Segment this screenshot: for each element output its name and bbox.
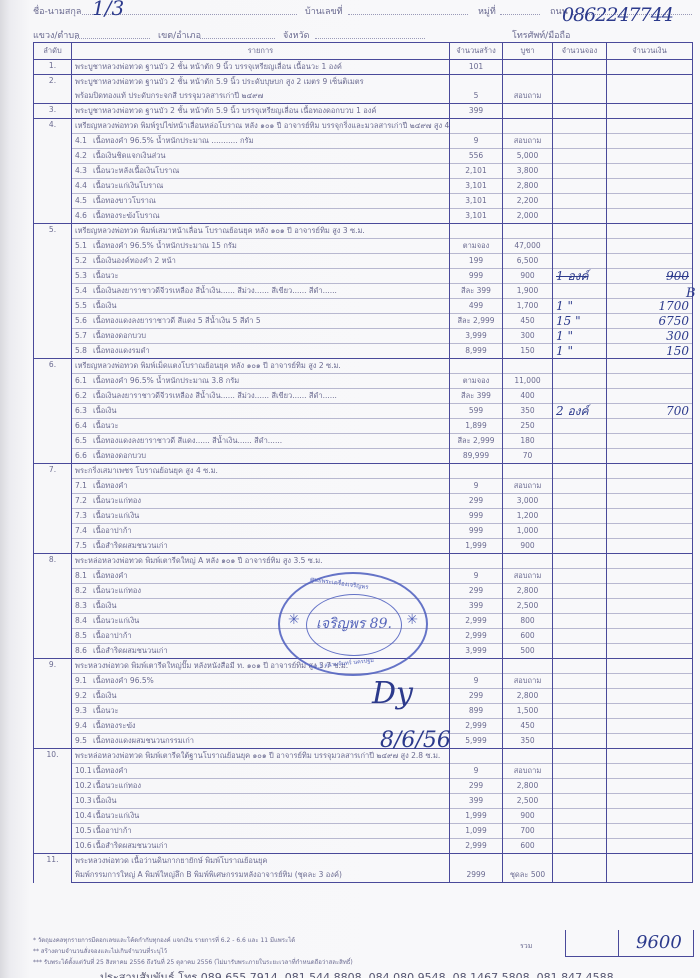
created-count: 9 (450, 674, 503, 689)
item-label: เนื้อนวะแก่ทอง (93, 586, 141, 595)
item-sub-number: 5.3 (75, 270, 93, 282)
amount (607, 434, 693, 449)
reserve-count (553, 749, 607, 764)
amount (607, 794, 693, 809)
created-count (450, 464, 503, 479)
created-count: 9 (450, 134, 503, 149)
table-row: 10.1เนื้อทองคำ9สอบถาม (34, 764, 693, 779)
price: 2,000 (503, 209, 553, 224)
price (503, 659, 553, 674)
item-title: พระบูชาหลวงพ่อทวด ฐานบัว 2 ชั้น หน้าตัก … (72, 75, 450, 90)
amount: 700 (607, 404, 693, 419)
price: 1,500 (503, 704, 553, 719)
table-row: 9.1เนื้อทองคำ 96.5%9สอบถาม (34, 674, 693, 689)
reserve-count (553, 824, 607, 839)
amount (607, 509, 693, 524)
item-title: พระหลวงพ่อทวด เนื้อว่านดินกากยายักษ์ พิม… (72, 854, 450, 869)
price: สอบถาม (503, 89, 553, 104)
reserve-count (553, 104, 607, 119)
item-sub-number: 5.8 (75, 345, 93, 357)
created-count: 899 (450, 704, 503, 719)
item-description: 10.5เนื้ออาปาก้า (72, 824, 450, 839)
item-sub-number: 9.4 (75, 720, 93, 732)
price: 5,000 (503, 149, 553, 164)
created-count: 5,999 (450, 734, 503, 749)
created-count: 399 (450, 599, 503, 614)
amount: 900 (607, 269, 693, 284)
created-count (450, 554, 503, 569)
item-description: 4.3เนื้อนวะหลังเนื้อเงินโบราณ (72, 164, 450, 179)
extra-mark: B (686, 286, 696, 301)
total-label: รวม (520, 941, 532, 952)
item-sub-number: 5.1 (75, 240, 93, 252)
item-label: เนื้อทองคำ 96.5% น้ำหนักประมาณ 15 กรัม (93, 241, 237, 250)
item-description: 6.3เนื้อเงิน (72, 404, 450, 419)
price: 900 (503, 809, 553, 824)
signature: Dy (372, 676, 413, 711)
price: 2,800 (503, 584, 553, 599)
amount (607, 359, 693, 374)
reserve-count (553, 389, 607, 404)
price: 3,000 (503, 494, 553, 509)
price: สอบถาม (503, 764, 553, 779)
reserve-count (553, 284, 607, 299)
item-label: เนื้อทองระฆังโบราณ (93, 211, 160, 220)
created-count (450, 75, 503, 90)
amount (607, 659, 693, 674)
province-label: จังหวัด (283, 28, 310, 42)
reserve-count (553, 149, 607, 164)
stamp-star-icon: ✳ (406, 612, 418, 628)
created-count: 9 (450, 764, 503, 779)
price: 900 (503, 269, 553, 284)
created-count: 999 (450, 509, 503, 524)
table-row: 5.6เนื้อทองแดงลงยาราชาวดี สีแดง 5 สีน้ำเ… (34, 314, 693, 329)
table-row: 10.พระหล่อหลวงพ่อทวด พิมพ์เตารีดใต้ฐานโบ… (34, 749, 693, 764)
amount (607, 569, 693, 584)
created-count: 399 (450, 794, 503, 809)
price: 3,800 (503, 164, 553, 179)
reserve-count (553, 614, 607, 629)
reserve-count: 1 " (553, 344, 607, 359)
reserve-count (553, 434, 607, 449)
item-label: เนื้อทองดอกบวบ (93, 331, 146, 340)
table-row: 10.5เนื้ออาปาก้า1,099700 (34, 824, 693, 839)
item-sub-number: 9.1 (75, 675, 93, 687)
item-title-cont: พิมพ์กรรมการใหญ่ A พิมพ์ใหญ่ลึก B พิมพ์พ… (72, 868, 450, 883)
amount (607, 119, 693, 134)
item-description: 7.3เนื้อนวะแก่เงิน (72, 509, 450, 524)
price (503, 104, 553, 119)
reserve-count (553, 854, 607, 869)
amount (607, 704, 693, 719)
created-count: สีละ 2,999 (450, 434, 503, 449)
price: 900 (503, 539, 553, 554)
table-row: 10.3เนื้อเงิน3992,500 (34, 794, 693, 809)
item-label: เนื้อนวะ (93, 271, 119, 280)
amount (607, 839, 693, 854)
shop-stamp: ศูนย์พระเครื่องเจริญพร ✳ เจริญพร 89. ✳ ถ… (278, 572, 428, 676)
reserve-count (553, 224, 607, 239)
moo-label: หมู่ที่ (478, 4, 496, 18)
item-sub-number: 10.4 (75, 810, 93, 822)
item-label: เนื้อทองแดงลงยาราชาวดี สีแดง...... สีน้ำ… (93, 436, 282, 445)
reserve-count (553, 794, 607, 809)
reserve-count (553, 419, 607, 434)
item-label: เนื้อทองคำ 96.5% (93, 676, 154, 685)
item-sub-number: 8.6 (75, 645, 93, 657)
item-title-cont: พร้อมปิดทองแท้ ประดับกระจกสี บรรจุมวลสาร… (72, 89, 450, 104)
created-count: 5 (450, 89, 503, 104)
reserve-count (553, 464, 607, 479)
col-amount: จำนวนเงิน (607, 43, 693, 60)
created-count: 2,999 (450, 614, 503, 629)
reserve-count (553, 689, 607, 704)
reserve-count (553, 254, 607, 269)
table-row: 6.6เนื้อทองดอกบวบ89,99970 (34, 449, 693, 464)
amount (607, 494, 693, 509)
row-number: 1. (34, 60, 72, 75)
table-row: 5.3เนื้อนวะ9999001 องค์900 (34, 269, 693, 284)
amount (607, 824, 693, 839)
item-label: เนื้อเงิน (93, 406, 117, 415)
amount (607, 524, 693, 539)
created-count: 299 (450, 689, 503, 704)
item-label: เนื้ออาปาก้า (93, 526, 132, 535)
price: 300 (503, 329, 553, 344)
item-label: เนื้อทองระฆัง (93, 721, 136, 730)
item-label: เนื้อทองแดงผสมชนวนกรรมเก่า (93, 736, 194, 745)
amount (607, 389, 693, 404)
item-label: เนื้อเงินลงยาราชาวดีจีวรเหลือง สีน้ำเงิน… (93, 286, 337, 295)
item-label: เนื้อนวะแก่ทอง (93, 781, 141, 790)
amount (607, 239, 693, 254)
item-label: เนื้อเงินลงยาราชาวดีจีวรเหลือง สีน้ำเงิน… (93, 391, 337, 400)
table-row: 7.3เนื้อนวะแก่เงิน9991,200 (34, 509, 693, 524)
item-description: 7.5เนื้อสำริดผสมชนวนเก่า (72, 539, 450, 554)
created-count: 1,899 (450, 419, 503, 434)
item-title: เหรียญหลวงพ่อทวด พิมพ์รูปไข่หน้าเลื่อนหล… (72, 119, 450, 134)
item-description: 4.1เนื้อทองคำ 96.5% น้ำหนักประมาณ ......… (72, 134, 450, 149)
item-sub-number: 7.2 (75, 495, 93, 507)
item-title: พระกริ่งเสมาเพชร โบราณย้อนยุค สูง 4 ซ.ม. (72, 464, 450, 479)
item-sub-number: 10.6 (75, 840, 93, 852)
item-label: เนื้อนวะ (93, 706, 119, 715)
created-count (450, 119, 503, 134)
created-count: 101 (450, 60, 503, 75)
price: สอบถาม (503, 134, 553, 149)
created-count: 1,999 (450, 539, 503, 554)
item-label: เนื้อทองแดงรมดำ (93, 346, 150, 355)
created-count: 9 (450, 569, 503, 584)
reserve-count (553, 704, 607, 719)
amount (607, 749, 693, 764)
item-sub-number: 8.3 (75, 600, 93, 612)
amount (607, 89, 693, 104)
item-label: เนื้ออาปาก้า (93, 631, 132, 640)
table-row: 9.2เนื้อเงิน2992,800 (34, 689, 693, 704)
price: 70 (503, 449, 553, 464)
price: 2,800 (503, 689, 553, 704)
created-count: 499 (450, 299, 503, 314)
price: 350 (503, 404, 553, 419)
item-label: เนื้อสำริดผสมชนวนเก่า (93, 841, 168, 850)
price: 450 (503, 719, 553, 734)
col-created: จำนวนสร้าง (450, 43, 503, 60)
price: 350 (503, 734, 553, 749)
created-count: ตามจอง (450, 239, 503, 254)
created-count: ตามจอง (450, 374, 503, 389)
row-number: 6. (34, 359, 72, 464)
reserve-count (553, 374, 607, 389)
item-label: เนื้อนวะแก่เงิน (93, 616, 139, 625)
created-count: 2,999 (450, 719, 503, 734)
price: 800 (503, 614, 553, 629)
item-sub-number: 4.6 (75, 210, 93, 222)
contact-line: ประสานสัมพันธ์ โทร 089 655 7914, 081 544… (100, 968, 614, 978)
table-row: 5.5เนื้อเงิน4991,7001 "1700 (34, 299, 693, 314)
table-row: 7.พระกริ่งเสมาเพชร โบราณย้อนยุค สูง 4 ซ.… (34, 464, 693, 479)
reserve-count (553, 479, 607, 494)
item-description: 6.2เนื้อเงินลงยาราชาวดีจีวรเหลือง สีน้ำเ… (72, 389, 450, 404)
amount (607, 374, 693, 389)
price: 2,800 (503, 779, 553, 794)
created-count: 556 (450, 149, 503, 164)
created-count (450, 224, 503, 239)
item-label: เนื้อทองคำ (93, 481, 128, 490)
created-count (450, 359, 503, 374)
item-description: 6.6เนื้อทองดอกบวบ (72, 449, 450, 464)
reserve-count: 2 องค์ (553, 404, 607, 419)
created-count (450, 749, 503, 764)
item-sub-number: 9.2 (75, 690, 93, 702)
item-description: 5.2เนื้อเงินองค์ทองคำ 2 หน้า (72, 254, 450, 269)
item-sub-number: 4.3 (75, 165, 93, 177)
amount (607, 644, 693, 659)
note-3: *** รับพระได้ตั้งแต่วันที่ 25 สิงหาคม 25… (33, 957, 353, 967)
table-row: 5.8เนื้อทองแดงรมดำ8,9991501 "150 (34, 344, 693, 359)
item-description: 7.2เนื้อนวะแก่ทอง (72, 494, 450, 509)
price: 11,000 (503, 374, 553, 389)
table-row: 5.7เนื้อทองดอกบวบ3,9993001 "300 (34, 329, 693, 344)
reserve-count (553, 764, 607, 779)
table-row: 5.1เนื้อทองคำ 96.5% น้ำหนักประมาณ 15 กรั… (34, 239, 693, 254)
amount (607, 449, 693, 464)
total-value: 9600 (636, 932, 682, 953)
table-row: 6.4เนื้อนวะ1,899250 (34, 419, 693, 434)
item-sub-number: 4.5 (75, 195, 93, 207)
reserve-count (553, 164, 607, 179)
item-label: เนื้อเงิน (93, 691, 117, 700)
created-count: 89,999 (450, 449, 503, 464)
item-sub-number: 8.2 (75, 585, 93, 597)
created-count (450, 854, 503, 869)
created-count: 9 (450, 479, 503, 494)
amount (607, 224, 693, 239)
reserve-count (553, 599, 607, 614)
reserve-count (553, 119, 607, 134)
table-row: พิมพ์กรรมการใหญ่ A พิมพ์ใหญ่ลึก B พิมพ์พ… (34, 868, 693, 883)
phone-label: โทรศัพท์/มือถือ (512, 28, 570, 42)
amount (607, 194, 693, 209)
price: สอบถาม (503, 479, 553, 494)
item-sub-number: 5.2 (75, 255, 93, 267)
row-number: 2. (34, 75, 72, 104)
reserve-count (553, 644, 607, 659)
item-description: 5.3เนื้อนวะ (72, 269, 450, 284)
item-label: เนื้อเงิน (93, 601, 117, 610)
created-count: 2,101 (450, 164, 503, 179)
created-count: 999 (450, 524, 503, 539)
price (503, 554, 553, 569)
item-description: 5.7เนื้อทองดอกบวบ (72, 329, 450, 344)
created-count: 299 (450, 779, 503, 794)
reserve-count (553, 89, 607, 104)
item-label: เนื้อนวะหลังเนื้อเงินโบราณ (93, 166, 179, 175)
item-sub-number: 4.4 (75, 180, 93, 192)
item-title: เหรียญหลวงพ่อทวด พิมพ์เสมาหน้าเลื่อน โบร… (72, 224, 450, 239)
price: 500 (503, 644, 553, 659)
reserve-count (553, 60, 607, 75)
stamp-ring-bottom: ถ.1 สนามจันทร์ นครปฐม (314, 657, 375, 671)
item-title: พระบูชาหลวงพ่อทวด ฐานบัว 2 ชั้น หน้าตัก … (72, 104, 450, 119)
reserve-count (553, 734, 607, 749)
item-description: 5.1เนื้อทองคำ 96.5% น้ำหนักประมาณ 15 กรั… (72, 239, 450, 254)
table-header-row: ลำดับ รายการ จำนวนสร้าง บูชา จำนวนจอง จำ… (34, 43, 693, 60)
item-label: เนื้อทองแดงลงยาราชาวดี สีแดง 5 สีน้ำเงิน… (93, 316, 261, 325)
price: สอบถาม (503, 569, 553, 584)
table-row: 4.เหรียญหลวงพ่อทวด พิมพ์รูปไข่หน้าเลื่อน… (34, 119, 693, 134)
table-row: 6.2เนื้อเงินลงยาราชาวดีจีวรเหลือง สีน้ำเ… (34, 389, 693, 404)
created-count: 3,999 (450, 329, 503, 344)
amount (607, 854, 693, 869)
item-description: 10.1เนื้อทองคำ (72, 764, 450, 779)
item-sub-number: 8.1 (75, 570, 93, 582)
table-row: 4.5เนื้อทองขาวโบราณ3,1012,200 (34, 194, 693, 209)
item-description: 4.5เนื้อทองขาวโบราณ (72, 194, 450, 209)
price: 6,500 (503, 254, 553, 269)
amount (607, 134, 693, 149)
row-number: 3. (34, 104, 72, 119)
table-row: 6.5เนื้อทองแดงลงยาราชาวดี สีแดง...... สี… (34, 434, 693, 449)
row-number: 9. (34, 659, 72, 749)
price: 1,200 (503, 509, 553, 524)
table-row: 7.5เนื้อสำริดผสมชนวนเก่า1,999900 (34, 539, 693, 554)
reserve-count (553, 629, 607, 644)
price: 1,700 (503, 299, 553, 314)
order-table: ลำดับ รายการ จำนวนสร้าง บูชา จำนวนจอง จำ… (33, 42, 693, 883)
item-label: เนื้อเงินองค์ทองคำ 2 หน้า (93, 256, 176, 265)
item-sub-number: 6.2 (75, 390, 93, 402)
created-count: 8,999 (450, 344, 503, 359)
amount (607, 75, 693, 90)
table-row: 7.2เนื้อนวะแก่ทอง2993,000 (34, 494, 693, 509)
item-sub-number: 5.6 (75, 315, 93, 327)
table-row: 7.1เนื้อทองคำ9สอบถาม (34, 479, 693, 494)
reserve-count (553, 179, 607, 194)
item-sub-number: 7.5 (75, 540, 93, 552)
table-row: 11.พระหลวงพ่อทวด เนื้อว่านดินกากยายักษ์ … (34, 854, 693, 869)
table-row: 4.6เนื้อทองระฆังโบราณ3,1012,000 (34, 209, 693, 224)
item-description: 10.3เนื้อเงิน (72, 794, 450, 809)
price (503, 60, 553, 75)
item-sub-number: 6.3 (75, 405, 93, 417)
col-reserve: จำนวนจอง (553, 43, 607, 60)
reserve-count: 1 " (553, 329, 607, 344)
item-label: เนื้อทองขาวโบราณ (93, 196, 156, 205)
amount: 6750 (607, 314, 693, 329)
item-sub-number: 5.5 (75, 300, 93, 312)
row-number: 7. (34, 464, 72, 554)
amount (607, 779, 693, 794)
item-label: เนื้อเงินชิดแจกเงินส่วน (93, 151, 166, 160)
created-count: 999 (450, 269, 503, 284)
item-description: 7.1เนื้อทองคำ (72, 479, 450, 494)
price: 600 (503, 839, 553, 854)
subdistrict-label: แขวง/ตำบล (33, 28, 80, 42)
table-row: 4.4เนื้อนวะแก่เงินโบราณ3,1012,800 (34, 179, 693, 194)
reserve-count (553, 868, 607, 883)
row-number: 5. (34, 224, 72, 359)
stamp-inner-ring: เจริญพร 89. (306, 594, 402, 656)
item-description: 5.5เนื้อเงิน (72, 299, 450, 314)
reserve-count: 1 " (553, 299, 607, 314)
reserve-count (553, 539, 607, 554)
item-description: 6.5เนื้อทองแดงลงยาราชาวดี สีแดง...... สี… (72, 434, 450, 449)
price: 1,000 (503, 524, 553, 539)
price: สอบถาม (503, 674, 553, 689)
table-row: 4.2เนื้อเงินชิดแจกเงินส่วน5565,000 (34, 149, 693, 164)
price (503, 749, 553, 764)
price: 180 (503, 434, 553, 449)
item-label: เนื้อเงิน (93, 301, 117, 310)
item-description: 4.2เนื้อเงินชิดแจกเงินส่วน (72, 149, 450, 164)
reserve-count (553, 75, 607, 90)
reserve-count (553, 659, 607, 674)
item-label: เนื้อนวะแก่ทอง (93, 496, 141, 505)
amount (607, 149, 693, 164)
table-row: 8.พระหล่อหลวงพ่อทวด พิมพ์เตารีดใหญ่ A หล… (34, 554, 693, 569)
created-count: 2,999 (450, 629, 503, 644)
item-label: เนื้อทองคำ (93, 571, 128, 580)
reserve-count (553, 194, 607, 209)
created-count: 599 (450, 404, 503, 419)
item-title: เหรียญหลวงพ่อทวด พิมพ์เม็ดแตงโบราณย้อนยุ… (72, 359, 450, 374)
created-count: 2,999 (450, 839, 503, 854)
table-row: 7.4เนื้ออาปาก้า9991,000 (34, 524, 693, 539)
table-row: 2.พระบูชาหลวงพ่อทวด ฐานบัว 2 ชั้น หน้าตั… (34, 75, 693, 90)
item-description: 10.6เนื้อสำริดผสมชนวนเก่า (72, 839, 450, 854)
amount (607, 164, 693, 179)
house-no-label: บ้านเลขที่ (305, 4, 343, 18)
reserve-count (553, 524, 607, 539)
reserve-count (553, 584, 607, 599)
item-sub-number: 8.5 (75, 630, 93, 642)
stamp-name: เจริญพร 89. (307, 613, 401, 635)
price: 400 (503, 389, 553, 404)
item-sub-number: 4.2 (75, 150, 93, 162)
item-label: เนื้อทองคำ 96.5% น้ำหนักประมาณ 3.8 กรัม (93, 376, 239, 385)
table-row: 4.3เนื้อนวะหลังเนื้อเงินโบราณ2,1013,800 (34, 164, 693, 179)
table-row: 5.เหรียญหลวงพ่อทวด พิมพ์เสมาหน้าเลื่อน โ… (34, 224, 693, 239)
reserve-count (553, 209, 607, 224)
price: 2,500 (503, 794, 553, 809)
reserve-count (553, 779, 607, 794)
price (503, 119, 553, 134)
item-description: 6.1เนื้อทองคำ 96.5% น้ำหนักประมาณ 3.8 กร… (72, 374, 450, 389)
price: 150 (503, 344, 553, 359)
created-count: สีละ 399 (450, 284, 503, 299)
